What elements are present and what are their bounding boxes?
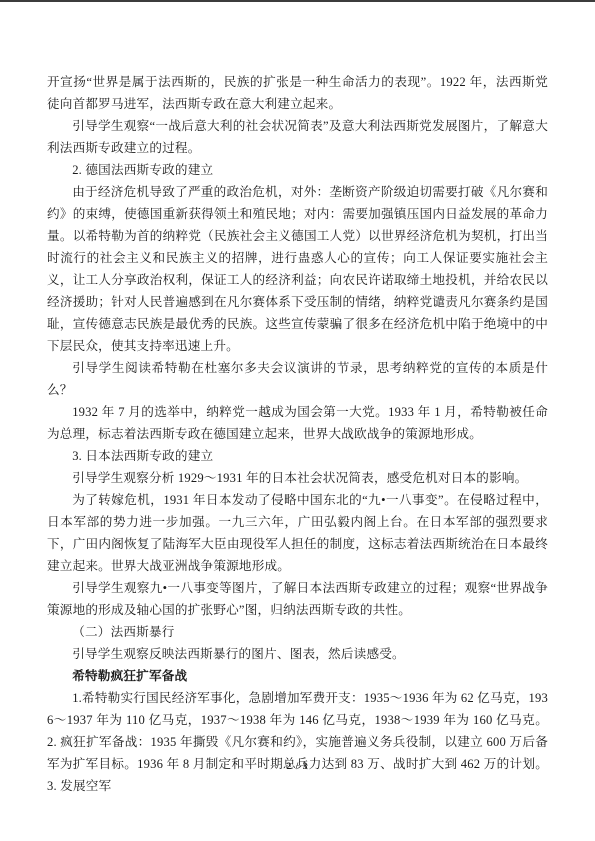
paragraph: 引导学生观察分析 1929～1931 年的日本社会状况简表，感受危机对日本的影响… [47,467,548,489]
list-item-heading: 3. 日本法西斯专政的建立 [47,445,548,467]
section-heading: 希特勒疯狂扩军备战 [47,665,548,687]
document-page: 开宣扬“世界是属于法西斯的，民族的扩张是一种生命活力的表现”。1922 年，法西… [0,0,595,841]
page-top-edge [0,0,595,2]
paragraph: 引导学生阅读希特勒在杜塞尔多夫会议演讲的节录，思考纳粹党的宣传的本质是什么？ [47,357,548,401]
page-content: 开宣扬“世界是属于法西斯的，民族的扩张是一种生命活力的表现”。1922 年，法西… [47,71,548,797]
section-label: （二）法西斯暴行 [47,621,548,643]
paragraph: 引导学生观察“一战后意大利的社会状况简表”及意大利法西斯党发展图片，了解意大利法… [47,115,548,159]
paragraph: 引导学生观察反映法西斯暴行的图片、图表，然后读感受。 [47,643,548,665]
paragraph: 1.希特勒实行国民经济军事化，急剧增加军费开支：1935～1936 年为 62 … [47,687,548,797]
page-number: 2 / 3 [0,762,595,772]
list-item-heading: 2. 德国法西斯专政的建立 [47,159,548,181]
paragraph: 1932 年 7 月的选举中，纳粹党一越成为国会第一大党。1933 年 1 月，… [47,401,548,445]
paragraph-continued: 开宣扬“世界是属于法西斯的，民族的扩张是一种生命活力的表现”。1922 年，法西… [47,71,548,115]
paragraph: 引导学生观察九•一八事变等图片，了解日本法西斯专政建立的过程；观察“世界战争策源… [47,577,548,621]
paragraph: 为了转嫁危机，1931 年日本发动了侵略中国东北的“九•一八事变”。在侵略过程中… [47,489,548,577]
paragraph: 由于经济危机导致了严重的政治危机，对外：垄断资产阶级迫切需要打破《凡尔赛和约》的… [47,181,548,357]
